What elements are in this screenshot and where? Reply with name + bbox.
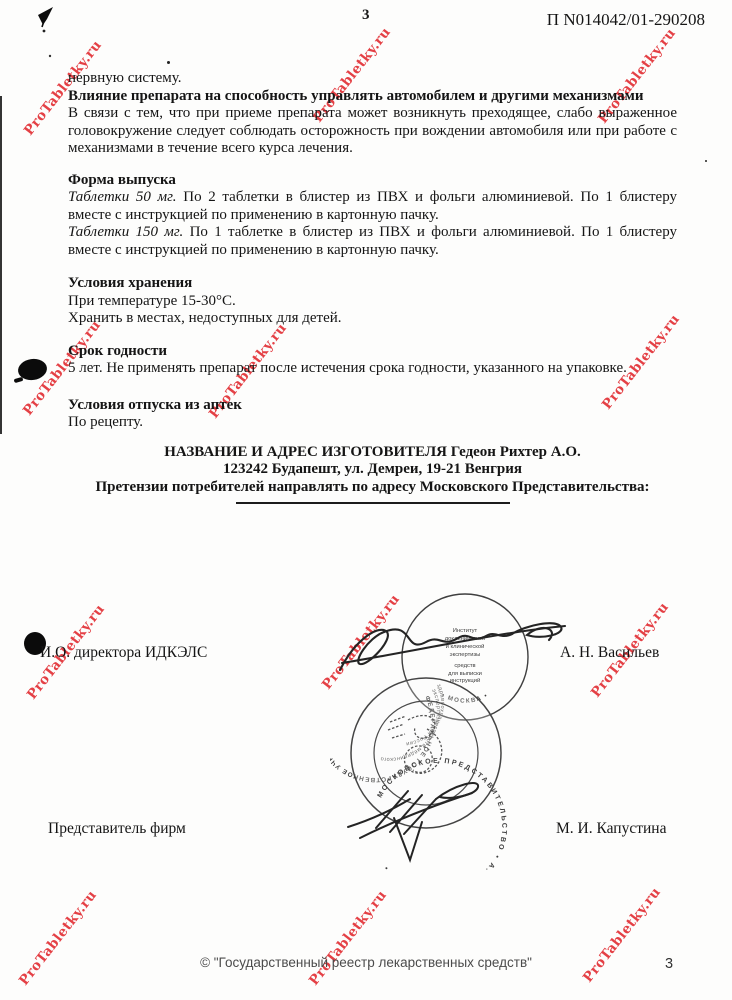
blank-underline [236,502,510,504]
claims-address-line: Претензии потребителей направлять по адр… [68,479,677,497]
page-number-bottom: 3 [665,956,673,972]
stamp-center-line: для выписки [448,671,482,677]
ink-mark-top-left [34,5,62,61]
paragraph-tablets-50mg: Таблетки 50 мг. По 2 таблетки в блистер … [68,189,677,224]
stamp-center-line: Институт [453,628,478,634]
heading-storage-conditions: Условия хранения [68,275,677,293]
signatory-name-vasilyev: А. Н. Васильев [560,644,659,662]
scan-edge-artifact [0,96,2,434]
round-stamp-representative: МОСКОВСКОЕ ПРЕДСТАВИТЕЛЬСТВО • А.О. ГЕДЕ… [351,678,507,870]
tablets-50mg-lead: Таблетки 50 мг. [68,189,177,205]
storage-temperature: При температуре 15-30°С. [68,293,677,311]
watermark-text: ProTabletky.ru [306,887,390,988]
page-number-top: 3 [362,7,370,24]
paragraph-driving-influence: В связи с тем, что при приеме препарата … [68,105,677,158]
document-page: ProTabletky.ru ProTabletky.ru ProTabletk… [0,0,732,1000]
stamp-center-line: экспертизы [450,652,481,658]
paragraph-nervous-system: нервную систему. [68,70,677,88]
ink-speck [167,61,170,64]
heading-release-form: Форма выпуска [68,172,677,190]
manufacturer-name-line: НАЗВАНИЕ И АДРЕС ИЗГОТОВИТЕЛЯ Гедеон Рих… [68,444,677,462]
signatory-name-kapustina: М. И. Капустина [556,820,666,838]
stamp-center-line: средств [454,663,475,669]
stamps-and-signatures: ФЕДЕРАЛЬНОЕ ГОСУДАРСТВЕННОЕ УЧРЕЖДЕНИЕ э… [330,570,590,870]
dispensing-text: По рецепту. [68,414,677,432]
document-body: нервную систему. Влияние препарата на сп… [68,70,677,504]
manufacturer-address-line: 123242 Будапешт, ул. Демреи, 19-21 Венгр… [68,461,677,479]
ink-speck [705,160,707,162]
ink-blot-tail [14,377,24,383]
shelf-life-text: 5 лет. Не применять препарат после истеч… [68,360,677,378]
heading-dispensing: Условия отпуска из аптек [68,397,677,415]
tablets-150mg-lead: Таблетки 150 мг. [68,224,183,240]
watermark-text: ProTabletky.ru [16,887,100,988]
heading-driving-influence: Влияние препарата на способность управля… [68,88,677,106]
signatory-role-director: И.О. директора ИДКЭЛС [40,644,207,662]
storage-children: Хранить в местах, недоступных для детей. [68,310,677,328]
registration-number: П N014042/01-290208 [497,10,705,30]
footer-copyright: © "Государственный реестр лекарственных … [0,955,732,970]
paragraph-tablets-150mg: Таблетки 150 мг. По 1 таблетке в блистер… [68,224,677,259]
heading-shelf-life: Срок годности [68,343,677,361]
watermark-text: ProTabletky.ru [580,884,664,985]
signatory-role-representative: Представитель фирм [48,820,186,838]
